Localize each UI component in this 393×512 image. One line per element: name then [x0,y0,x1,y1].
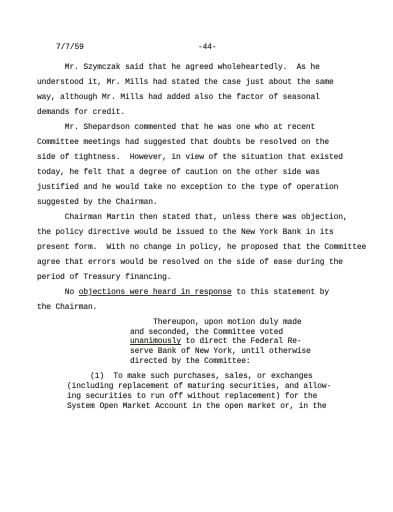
text-line: Thereupon, upon motion duly made [130,318,367,328]
paragraph: (1) To make such purchases, sales, or ex… [67,372,367,411]
page-header: 7/7/59 -44- [37,43,367,53]
text-line: unanimously to direct the Federal Re- [130,337,367,347]
text-line: Chairman Martin then stated that, unless… [37,210,367,225]
text-line: Committee meetings had suggested that do… [37,135,367,150]
paragraph: Mr. Szymczak said that he agreed wholehe… [37,60,367,120]
text-segment: to direct the Federal Re- [181,337,302,346]
text-line: ing securities to run off without replac… [67,392,367,402]
document-body: Mr. Szymczak said that he agreed wholehe… [37,60,367,411]
text-line: and seconded, the Committee voted [130,328,367,338]
text-line: agree that errors would be resolved on t… [37,255,367,270]
text-line: (1) To make such purchases, sales, or ex… [67,372,367,382]
paragraph: Thereupon, upon motion duly madeand seco… [130,318,367,366]
text-line: way, although Mr. Mills had added also t… [37,90,367,105]
text-line: Mr. Shepardson commented that he was one… [37,120,367,135]
underlined-text: unanimously [130,337,181,346]
text-line: justified and he would take no exception… [37,180,367,195]
document-date: 7/7/59 [56,43,84,52]
text-line: period of Treasury financing. [37,270,367,285]
text-segment: No [37,288,79,297]
text-line: System Open Market Account in the open m… [67,402,367,412]
text-line: serve Bank of New York, until otherwise [130,347,367,357]
document-page: 7/7/59 -44- Mr. Szymczak said that he ag… [0,0,393,512]
text-line: No objections were heard in response to … [37,285,367,300]
text-line: directed by the Committee: [130,357,367,367]
text-line: the policy directive would be issued to … [37,225,367,240]
text-line: the Chairman. [37,300,367,315]
text-line: suggested by the Chairman. [37,195,367,210]
text-line: demands for credit. [37,105,367,120]
underlined-text: objections were heard in response [79,288,232,297]
paragraph: No objections were heard in response to … [37,285,367,315]
page-number: -44- [198,43,217,52]
text-line: present form. With no change in policy, … [37,240,367,255]
paragraph: Chairman Martin then stated that, unless… [37,210,367,285]
text-line: (including replacement of maturing secur… [67,382,367,392]
text-line: Mr. Szymczak said that he agreed wholehe… [37,60,367,75]
text-line: side of tightness. However, in view of t… [37,150,367,165]
paragraph: Mr. Shepardson commented that he was one… [37,120,367,210]
text-line: today, he felt that a degree of caution … [37,165,367,180]
text-segment: to this statement by [232,288,329,297]
text-line: understood it, Mr. Mills had stated the … [37,75,367,90]
